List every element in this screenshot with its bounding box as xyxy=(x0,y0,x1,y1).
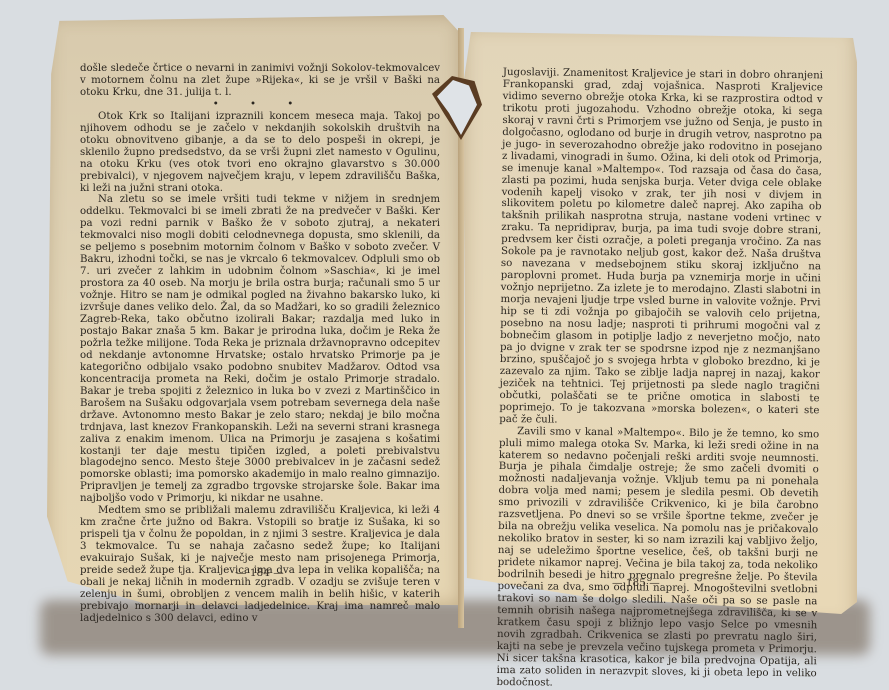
page-number-right: — 185 — xyxy=(612,577,660,589)
paragraph: Na zletu so se imele vršiti tudi tekme v… xyxy=(80,194,440,505)
section-separator: • • • xyxy=(80,99,440,111)
page-number-left: — 184 — xyxy=(236,567,284,579)
paragraph: Otok Krk so Italijani izpraznili koncem … xyxy=(80,111,440,195)
paragraph: Jugoslaviji. Znamenitost Kraljevice je s… xyxy=(499,67,823,429)
paragraph: Zavili smo v kanal »Maltempo«. Bilo je ž… xyxy=(496,426,819,690)
intro-paragraph: došle sledeče črtice o nevarni in zanimi… xyxy=(80,63,440,99)
right-page-text: Jugoslaviji. Znamenitost Kraljevice je s… xyxy=(496,67,822,690)
left-page-text: došle sledeče črtice o nevarni in zanimi… xyxy=(80,63,440,625)
paragraph: Medtem smo se približali malemu zdravili… xyxy=(80,505,440,625)
